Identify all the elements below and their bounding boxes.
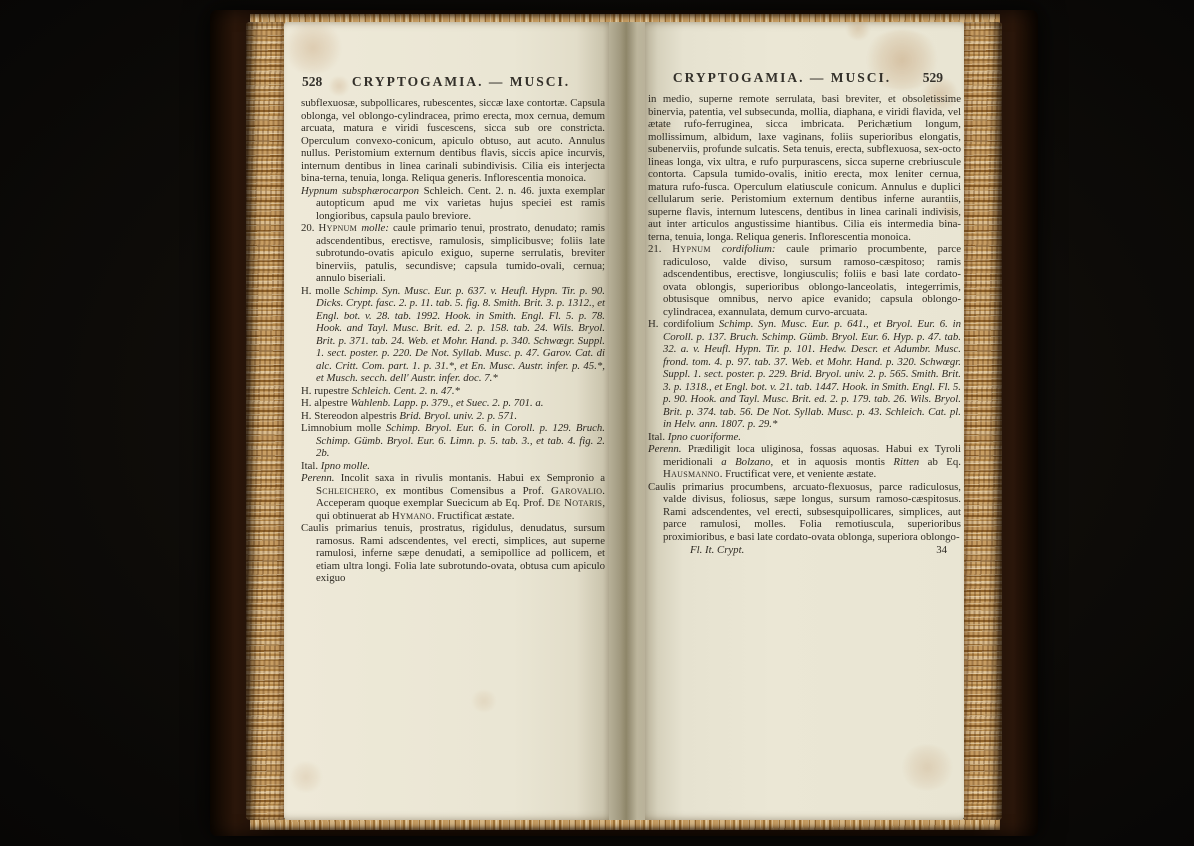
text-segment: , ex montibus Comensibus a Prof. xyxy=(376,485,551,497)
text-segment: . Fructificat æstate. xyxy=(432,510,515,522)
paragraph: Ital. Ipno cuoriforme. xyxy=(648,431,961,444)
text-segment: Caulis primarius procumbens, arcuato-fle… xyxy=(648,481,961,543)
left-page-header: 528 CRYPTOGAMIA. — MUSCI. xyxy=(302,74,602,92)
text-segment: , et in aquosis montis xyxy=(770,456,893,468)
right-running-title: CRYPTOGAMIA. — MUSCI. xyxy=(649,70,915,86)
paragraph: H. molle Schimp. Syn. Musc. Eur. p. 637.… xyxy=(301,285,605,385)
paragraph: Perenn. Prædiligit loca uliginosa, fossa… xyxy=(648,443,961,481)
text-segment: Caulis primarius tenuis, prostratus, rig… xyxy=(301,522,605,584)
text-segment: H. alpestre xyxy=(301,397,350,409)
right-page-body: in medio, superne remote serrulata, basi… xyxy=(648,93,961,557)
text-segment: Garovalio xyxy=(551,485,602,497)
text-segment: Ital. xyxy=(648,431,668,443)
text-segment: Ipno cuoriforme. xyxy=(668,431,741,443)
text-segment: molle: xyxy=(361,222,393,234)
page-block-fore-edge-left xyxy=(246,22,284,820)
text-segment: Hausmanno xyxy=(663,468,720,480)
sheet-number: 34 xyxy=(936,544,947,557)
paragraph: H. rupestre Schleich. Cent. 2. n. 47.* xyxy=(301,385,605,398)
footer-signature: Fl. It. Crypt. xyxy=(690,544,744,557)
text-segment: Brid. Bryol. univ. 2. p. 571. xyxy=(399,410,517,422)
text-segment: H. cordifolium xyxy=(648,318,719,330)
text-segment: . Fructificat vere, et veniente æstate. xyxy=(720,468,877,480)
text-segment: Hypnum subsphærocarpon xyxy=(301,185,424,197)
text-segment: Hypnum xyxy=(672,243,722,255)
paragraph: H. Stereodon alpestris Brid. Bryol. univ… xyxy=(301,410,605,423)
paragraph: Limnobium molle Schimp. Bryol. Eur. 6. i… xyxy=(301,422,605,460)
book-scan-scene: 528 CRYPTOGAMIA. — MUSCI. CRYPTOGAMIA. —… xyxy=(0,0,1194,846)
text-segment: ab Eq. xyxy=(919,456,961,468)
text-segment: Schimp. Syn. Musc. Eur. p. 637. v. Heufl… xyxy=(316,285,605,385)
text-segment: cordifolium: xyxy=(722,243,786,255)
left-running-title: CRYPTOGAMIA. — MUSCI. xyxy=(320,74,602,90)
paragraph: Hypnum subsphærocarpon Schleich. Cent. 2… xyxy=(301,185,605,223)
text-segment: Schleich. Cent. 2. n. 47.* xyxy=(352,385,460,397)
page-block-fore-edge-right xyxy=(964,22,1002,820)
text-segment: Wahlenb. Lapp. p. 379., et Suec. 2. p. 7… xyxy=(350,397,543,409)
page-block-bottom-edge xyxy=(250,819,1000,830)
right-page-header: CRYPTOGAMIA. — MUSCI. 529 xyxy=(649,70,949,88)
text-segment: Schimp. Syn. Musc. Eur. p. 641., et Bryo… xyxy=(663,318,961,430)
text-segment: Incolit saxa in rivulis montanis. Habui … xyxy=(341,472,605,484)
text-segment: Perenn. xyxy=(301,472,341,484)
text-segment: in medio, superne remote serrulata, basi… xyxy=(648,93,961,243)
text-segment: 21. xyxy=(648,243,672,255)
paragraph: Caulis primarius procumbens, arcuato-fle… xyxy=(648,481,961,544)
paragraph: H. alpestre Wahlenb. Lapp. p. 379., et S… xyxy=(301,397,605,410)
text-segment: subflexuosæ, subpollicares, rubescentes,… xyxy=(301,97,605,184)
paragraph: Ital. Ipno molle. xyxy=(301,460,605,473)
text-segment: Ital. xyxy=(301,460,321,472)
paragraph: in medio, superne remote serrulata, basi… xyxy=(648,93,961,243)
text-segment: H. rupestre xyxy=(301,385,352,397)
paragraph: Perenn. Incolit saxa in rivulis montanis… xyxy=(301,472,605,522)
text-segment: 20. xyxy=(301,222,319,234)
left-page-body: subflexuosæ, subpollicares, rubescentes,… xyxy=(301,97,605,585)
paragraph: 20. Hypnum molle: caule primario tenui, … xyxy=(301,222,605,285)
paragraph: H. cordifolium Schimp. Syn. Musc. Eur. p… xyxy=(648,318,961,431)
paragraph: Caulis primarius tenuis, prostratus, rig… xyxy=(301,522,605,585)
paragraph: subflexuosæ, subpollicares, rubescentes,… xyxy=(301,97,605,185)
page-footer: Fl. It. Crypt.34 xyxy=(648,544,961,557)
text-segment: a Bolzano xyxy=(721,456,770,468)
book-gutter xyxy=(609,22,645,820)
text-segment: Limnobium molle xyxy=(301,422,386,434)
text-segment: H. molle xyxy=(301,285,344,297)
right-folio-number: 529 xyxy=(923,70,943,86)
text-segment: Schleichero xyxy=(316,485,376,497)
text-segment: H. Stereodon alpestris xyxy=(301,410,399,422)
text-segment: Hypnum xyxy=(319,222,362,234)
text-segment: Hymano xyxy=(392,510,432,522)
text-segment: Ritten xyxy=(893,456,919,468)
text-segment: Ipno molle. xyxy=(321,460,370,472)
text-segment: De Notaris xyxy=(547,497,602,509)
text-segment: Perenn. xyxy=(648,443,688,455)
paragraph: 21. Hypnum cordifolium: caule primario p… xyxy=(648,243,961,318)
